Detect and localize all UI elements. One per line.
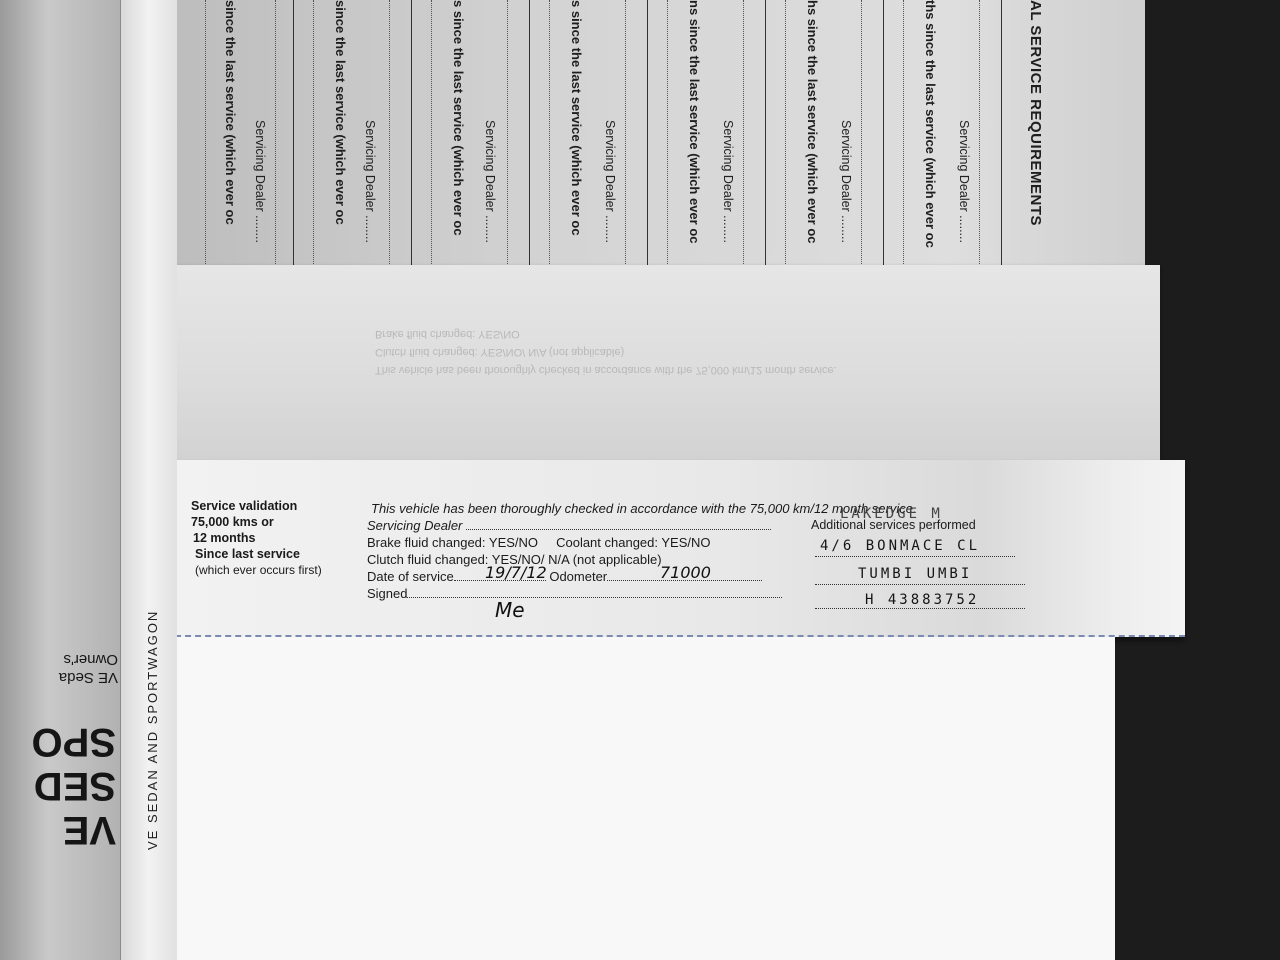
- odometer-handwritten: 71000: [660, 563, 711, 582]
- column-dealer: Servicing Dealer ........: [483, 120, 497, 243]
- coolant-field: Coolant changed: YES/NO: [556, 535, 710, 550]
- column-text: ths since the last service (which ever o…: [923, 0, 938, 248]
- service-column: ns since the last service (which ever oc…: [647, 0, 766, 300]
- service-column: s since the last service (which ever oc …: [529, 0, 648, 300]
- column-text: hs since the last service (which ever oc: [805, 0, 820, 244]
- service-validation-label: Service validation 75,000 kms or 12 mont…: [191, 498, 322, 578]
- service-validation-slip: Service validation 75,000 kms or 12 mont…: [175, 460, 1185, 637]
- signature: Me: [495, 598, 525, 622]
- column-dealer: Servicing Dealer ........: [839, 120, 853, 243]
- bleed-through-text: This vehicle has been thoroughly checked…: [375, 325, 1075, 379]
- column-text: ns since the last service (which ever oc: [687, 0, 702, 244]
- column-dealer: Servicing Dealer ........: [957, 120, 971, 243]
- faded-flap: This vehicle has been thoroughly checked…: [175, 265, 1160, 460]
- service-column: ths since the last service (which ever o…: [883, 0, 1002, 300]
- cover-subtitle: VE Seda Owner's: [0, 650, 118, 686]
- dealer-stamp-address: 4/6 BONMACE CL: [820, 538, 980, 554]
- date-handwritten: 19/7/12: [485, 563, 547, 582]
- booklet-back-page: since the last service (which ever oc Se…: [175, 0, 1145, 300]
- signed-row: Signed: [367, 585, 917, 602]
- dealer-stamp-suburb: TUMBI UMBI: [858, 566, 972, 582]
- cover-title: VE SED SPO: [20, 720, 116, 852]
- lower-sheet: [175, 637, 1115, 960]
- column-dealer: Servicing Dealer ........: [721, 120, 735, 243]
- column-text: s since the last service (which ever oc: [569, 0, 584, 236]
- dealer-stamp-name: LAKEDGE M: [840, 506, 943, 522]
- service-column: since the last service (which ever oc Se…: [175, 0, 294, 300]
- dealer-stamp-phone: H 43883752: [865, 592, 979, 608]
- column-text: s since the last service (which ever oc: [451, 0, 466, 236]
- spine-title: VE SEDAN AND SPORTWAGON: [145, 610, 160, 850]
- intro-text: This vehicle has been thoroughly checked…: [371, 500, 917, 517]
- service-column: hs since the last service (which ever oc…: [765, 0, 884, 300]
- page-heading: AL SERVICE REQUIREMENTS: [1027, 0, 1044, 226]
- service-column: since the last service (which ever oc Se…: [293, 0, 412, 300]
- book-cover: VE Seda Owner's VE SED SPO: [0, 0, 120, 960]
- date-odometer-row: Date of service Odometer: [367, 568, 917, 585]
- service-column: s since the last service (which ever oc …: [411, 0, 530, 300]
- column-text: since the last service (which ever oc: [223, 0, 238, 225]
- column-dealer: Servicing Dealer ........: [253, 120, 267, 243]
- column-dealer: Servicing Dealer ........: [603, 120, 617, 243]
- column-text: since the last service (which ever oc: [333, 0, 348, 225]
- brake-fluid-field: Brake fluid changed: YES/NO: [367, 535, 538, 550]
- column-dealer: Servicing Dealer ........: [363, 120, 377, 243]
